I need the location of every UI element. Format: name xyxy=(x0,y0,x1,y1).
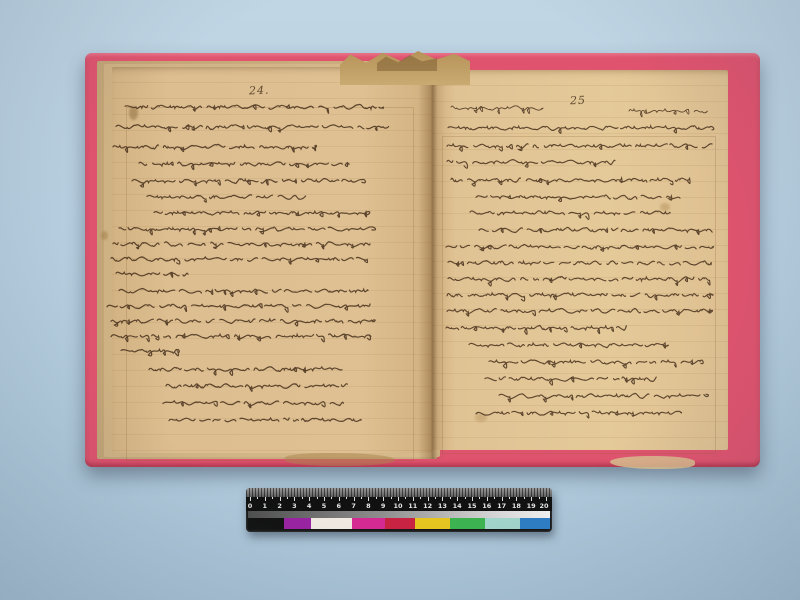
ruler-number-label: 17 xyxy=(497,502,506,510)
ruler-number-label: 11 xyxy=(408,502,417,510)
left-page xyxy=(112,67,432,453)
ruler-tick xyxy=(472,497,473,501)
ruler-half-tick xyxy=(287,497,288,499)
ruler-half-tick xyxy=(317,497,318,499)
bottom-edge-paper-bit xyxy=(610,456,695,469)
ruler-tick xyxy=(324,497,325,501)
ruler-number-label: 16 xyxy=(482,502,491,510)
ruler-tick xyxy=(294,497,295,501)
ruler-tick xyxy=(368,497,369,501)
book-gutter-shadow xyxy=(418,63,446,459)
color-patch-magenta xyxy=(352,518,385,529)
ruler-number-label: 12 xyxy=(423,502,432,510)
ruler-half-tick xyxy=(376,497,377,499)
ruler-tick xyxy=(280,497,281,501)
ruler-tick xyxy=(546,497,547,501)
ruler-tick xyxy=(531,497,532,501)
color-patch-cyan xyxy=(485,518,520,529)
color-patch-black xyxy=(248,518,284,529)
ruler-half-tick xyxy=(391,497,392,499)
ruler-number-label: 9 xyxy=(381,502,386,510)
ruler-tick xyxy=(339,497,340,501)
left-page-number: 24. xyxy=(249,84,270,98)
color-patch-white xyxy=(311,518,352,529)
bottom-edge-smudge xyxy=(285,453,395,466)
ruler-number-label: 14 xyxy=(453,502,462,510)
ruler-number-label: 13 xyxy=(438,502,447,510)
ruler-tick xyxy=(442,497,443,501)
foxing-spot xyxy=(475,413,487,422)
ruler-number-label: 19 xyxy=(527,502,536,510)
ruler-grayscale-strip xyxy=(248,511,550,518)
ruler-half-tick xyxy=(450,497,451,499)
manuscript-book xyxy=(85,53,760,467)
ruler-number-label: 8 xyxy=(366,502,371,510)
ruler-half-tick xyxy=(465,497,466,499)
foxing-spot xyxy=(660,203,670,211)
color-patch-green xyxy=(450,518,485,529)
ruler-fine-tick-band xyxy=(246,488,552,497)
photographic-scale-ruler: 01234567891011121314151617181920 xyxy=(246,488,552,532)
ruler-half-tick xyxy=(494,497,495,499)
ruler-tick xyxy=(502,497,503,501)
ruler-number-label: 4 xyxy=(307,502,312,510)
ruler-tick xyxy=(383,497,384,501)
ruler-half-tick xyxy=(257,497,258,499)
right-page-number: 25 xyxy=(570,94,586,108)
ruler-color-patch-strip xyxy=(248,518,550,529)
foxing-spot xyxy=(129,106,138,120)
photograph-of-open-manuscript: 24. 25 01234567891011121314151617181920 xyxy=(0,0,800,600)
ruler-tick xyxy=(354,497,355,501)
color-patch-purple xyxy=(284,518,311,529)
ruler-half-tick xyxy=(302,497,303,499)
ruler-number-label: 6 xyxy=(337,502,342,510)
foxing-spot xyxy=(101,231,108,240)
ruler-tick xyxy=(250,497,251,501)
ruler-tick xyxy=(487,497,488,501)
ruler-number-label: 7 xyxy=(351,502,356,510)
ruler-number-label: 3 xyxy=(292,502,297,510)
ruler-half-tick xyxy=(524,497,525,499)
ruler-half-tick xyxy=(361,497,362,499)
text-frame-right xyxy=(442,136,716,454)
ruler-tick xyxy=(457,497,458,501)
ruler-half-tick xyxy=(420,497,421,499)
ruler-number-label: 20 xyxy=(539,502,548,510)
right-page xyxy=(432,70,728,450)
ruler-half-tick xyxy=(509,497,510,499)
ruler-number-label: 15 xyxy=(467,502,476,510)
ruler-number-label: 1 xyxy=(263,502,268,510)
ruler-tick xyxy=(516,497,517,501)
color-patch-red xyxy=(385,518,415,529)
color-patch-yellow xyxy=(415,518,450,529)
ruler-tick xyxy=(428,497,429,501)
text-frame-left xyxy=(126,107,414,461)
ruler-tick xyxy=(265,497,266,501)
ruler-half-tick xyxy=(346,497,347,499)
ruler-half-tick xyxy=(479,497,480,499)
ruler-half-tick xyxy=(331,497,332,499)
color-patch-blue xyxy=(520,518,550,529)
ruler-tick xyxy=(398,497,399,501)
ruler-half-tick xyxy=(539,497,540,499)
ruler-tick xyxy=(413,497,414,501)
ruler-number-label: 0 xyxy=(248,502,253,510)
ruler-number-label: 10 xyxy=(393,502,402,510)
ruler-number-band: 01234567891011121314151617181920 xyxy=(246,497,552,511)
ruler-number-label: 18 xyxy=(512,502,521,510)
ruler-tick xyxy=(309,497,310,501)
ruler-half-tick xyxy=(435,497,436,499)
ruler-half-tick xyxy=(405,497,406,499)
ruler-half-tick xyxy=(272,497,273,499)
ruler-number-label: 2 xyxy=(277,502,282,510)
ruler-number-label: 5 xyxy=(322,502,327,510)
